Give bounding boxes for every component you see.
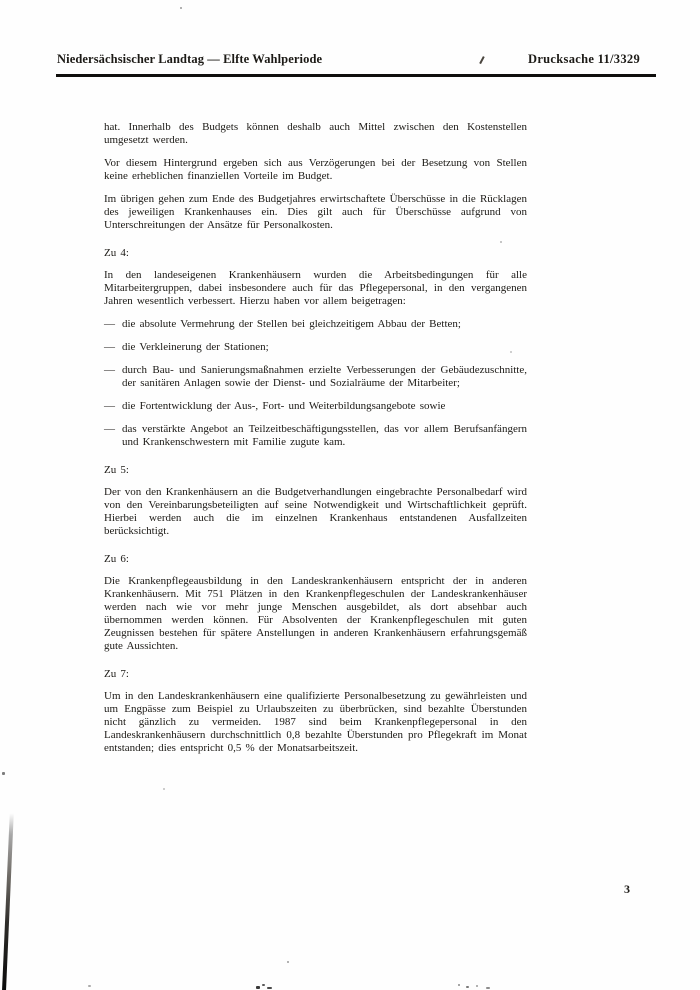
dash-marker: —	[104, 364, 122, 390]
scan-speck	[163, 788, 165, 790]
paragraph: hat. Innerhalb des Budgets können deshal…	[104, 121, 527, 147]
paragraph: In den landeseigenen Krankenhäusern wurd…	[104, 269, 527, 308]
scan-speck	[180, 7, 182, 9]
document-page: Niedersächsischer Landtag — Elfte Wahlpe…	[0, 0, 700, 990]
scan-speck	[486, 987, 490, 989]
header-document-number: Drucksache 11/3329	[528, 52, 640, 67]
document-body: hat. Innerhalb des Budgets können deshal…	[104, 121, 527, 765]
dash-marker: —	[104, 318, 122, 331]
dash-marker: —	[104, 400, 122, 413]
scan-artifact-slash	[479, 56, 484, 64]
scan-speck	[256, 986, 260, 989]
list-item-text: durch Bau- und Sanierungsmaßnahmen erzie…	[122, 364, 527, 390]
list-item: — die Verkleinerung der Stationen;	[104, 341, 527, 354]
section-label-zu-4: Zu 4:	[104, 247, 527, 260]
list-item: — das verstärkte Angebot an Teilzeitbesc…	[104, 423, 527, 449]
list-item-text: die Verkleinerung der Stationen;	[122, 341, 527, 354]
scan-speck	[287, 961, 289, 963]
list-item-text: die absolute Vermehrung der Stellen bei …	[122, 318, 527, 331]
paragraph: Vor diesem Hintergrund ergeben sich aus …	[104, 157, 527, 183]
scan-speck	[458, 984, 460, 986]
section-label-zu-6: Zu 6:	[104, 553, 527, 566]
list-item: — die absolute Vermehrung der Stellen be…	[104, 318, 527, 331]
header-rule	[56, 74, 656, 77]
paragraph: Im übrigen gehen zum Ende des Budgetjahr…	[104, 193, 527, 232]
dash-marker: —	[104, 341, 122, 354]
list-item-text: die Fortentwicklung der Aus-, Fort- und …	[122, 400, 527, 413]
scan-speck	[476, 985, 478, 987]
list-item: — durch Bau- und Sanierungsmaßnahmen erz…	[104, 364, 527, 390]
scan-speck	[466, 986, 469, 988]
dash-marker: —	[104, 423, 122, 449]
section-label-zu-5: Zu 5:	[104, 464, 527, 477]
list-item: — die Fortentwicklung der Aus-, Fort- un…	[104, 400, 527, 413]
section-label-zu-7: Zu 7:	[104, 668, 527, 681]
page-number: 3	[624, 882, 630, 897]
scan-speck	[267, 987, 272, 989]
paragraph: Die Krankenpflegeausbildung in den Lande…	[104, 575, 527, 653]
list-item-text: das verstärkte Angebot an Teilzeitbeschä…	[122, 423, 527, 449]
paragraph: Der von den Krankenhäusern an die Budget…	[104, 486, 527, 538]
scan-artifact-left-edge-line	[2, 813, 14, 990]
header-publication-title: Niedersächsischer Landtag — Elfte Wahlpe…	[57, 52, 322, 67]
scan-speck	[88, 985, 91, 987]
scan-speck	[2, 772, 5, 775]
scan-speck	[262, 984, 265, 986]
paragraph: Um in den Landeskrankenhäusern eine qual…	[104, 690, 527, 755]
